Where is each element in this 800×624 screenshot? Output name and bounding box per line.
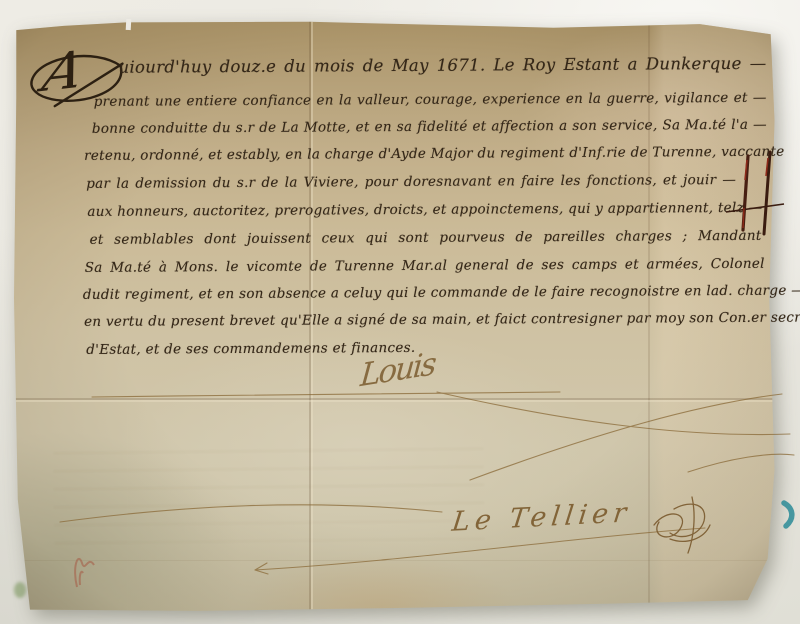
signature-rubric-loops xyxy=(640,495,760,565)
blue-paint-mark xyxy=(778,500,798,530)
green-stain-speck xyxy=(14,582,26,598)
red-ink-doodle xyxy=(68,545,98,595)
photo-of-manuscript: A uiourd'huy douz.e du mois de May 1671.… xyxy=(0,0,800,624)
